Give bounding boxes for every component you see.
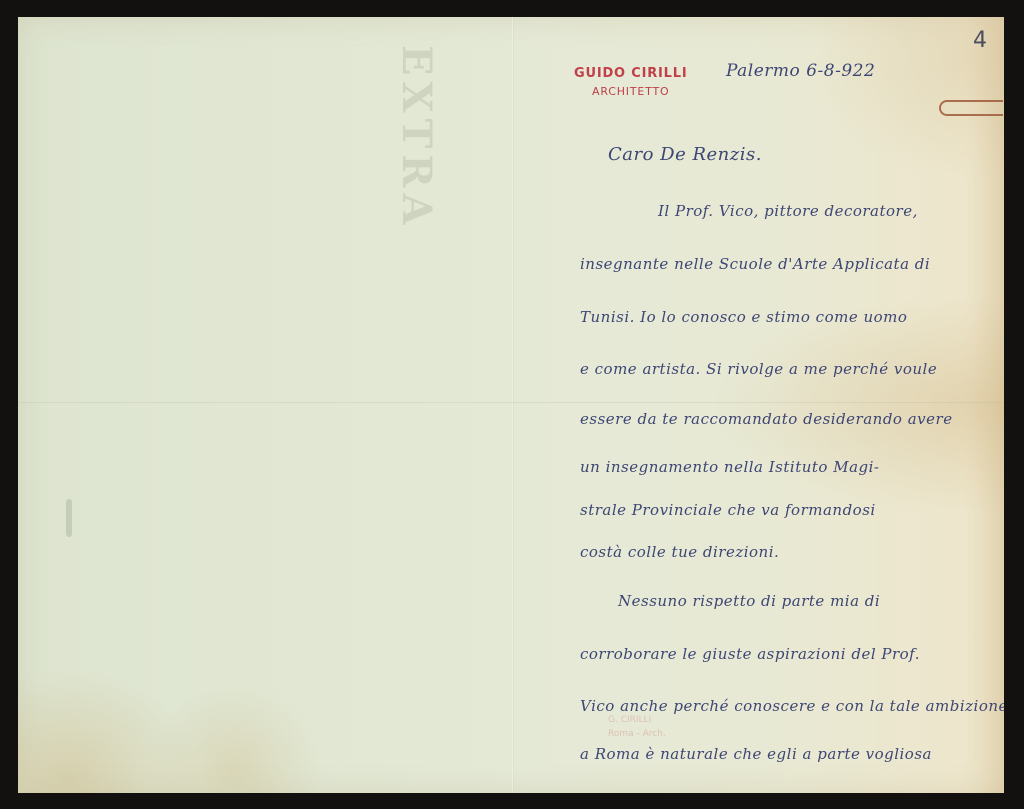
- letter-line: Tunisi. Io lo conosco e stimo come uomo: [580, 308, 907, 326]
- letterhead-name: GUIDO CIRILLI: [574, 66, 687, 81]
- scanned-document: EXTRA GUIDO CIRILLI ARCHITETTO 4 Palermo…: [0, 0, 1024, 809]
- letter-line: insegnante nelle Scuole d'Arte Applicata…: [580, 255, 930, 273]
- letter-line: un insegnamento nella Istituto Magi-: [580, 458, 880, 476]
- letter-line: strale Provinciale che va formandosi: [580, 501, 876, 519]
- letter-line: essere da te raccomandato desiderando av…: [580, 410, 953, 428]
- letter-line: corroborare le giuste aspirazioni del Pr…: [580, 645, 920, 663]
- faded-stamp: G. CIRILLI Roma - Arch.: [608, 713, 666, 741]
- letter-sheet: EXTRA GUIDO CIRILLI ARCHITETTO 4 Palermo…: [18, 17, 1004, 793]
- letterhead-title: ARCHITETTO: [574, 85, 687, 98]
- letter-line: Il Prof. Vico, pittore decoratore,: [658, 202, 918, 220]
- faded-stamp-line: Roma - Arch.: [608, 727, 666, 741]
- letter-line: costà colle tue direzioni.: [580, 543, 779, 561]
- horizontal-fold-line: [18, 402, 1004, 403]
- letter-line: a Roma è naturale che egli a parte vogli…: [580, 745, 932, 763]
- vertical-fold-line: [512, 17, 514, 793]
- watermark: EXTRA: [380, 45, 440, 231]
- paperclip-mark-icon: [939, 100, 1003, 116]
- page-number: 4: [973, 28, 987, 53]
- letter-salutation: Caro De Renzis.: [608, 144, 762, 165]
- letter-date: Palermo 6-8-922: [726, 61, 875, 81]
- letter-line: Nessuno rispetto di parte mia di: [618, 592, 880, 610]
- letterhead: GUIDO CIRILLI ARCHITETTO: [574, 66, 687, 98]
- faded-stamp-line: G. CIRILLI: [608, 713, 666, 727]
- letter-line: e come artista. Si rivolge a me perché v…: [580, 360, 937, 378]
- ink-stain: [66, 499, 72, 537]
